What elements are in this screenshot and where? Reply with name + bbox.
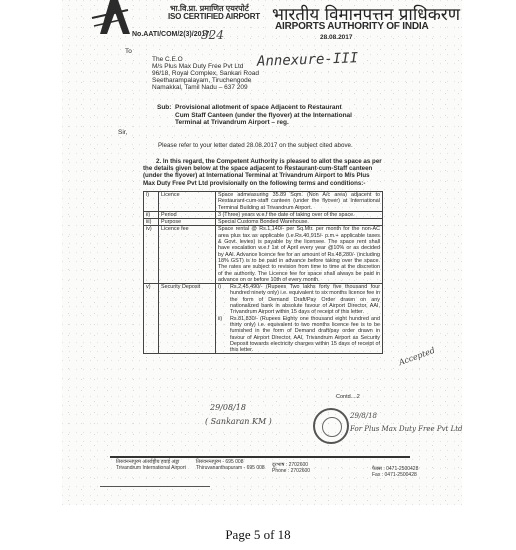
table-row: iv) Licence fee Space rental @ Rs.1,140/… [144,226,383,284]
footer-fax-english: Fax : 0471-2500428 [372,472,418,478]
recipient-address: The C.E.O M/s Plus Max Duty Free Pvt Ltd… [152,56,259,91]
paragraph-2: 2. In this regard, the Competent Authori… [143,158,383,187]
handwritten-date: 29/8/18 [350,412,377,420]
deposit-number: i) [218,284,226,315]
org-title: AIRPORTS AUTHORITY OF INDIA [275,21,429,32]
deposit-text: Rs.81,830/- (Rupees Eighty one thousand … [230,316,380,354]
term-number: iii) [144,219,159,226]
term-value: Space admeasuring 35.89 Sqm. (Non A/c ar… [216,192,383,212]
term-number: i) [144,192,159,212]
term-name: Licence [159,192,216,212]
footer-underline [100,486,210,487]
handwritten-company: For Plus Max Duty Free Pvt Ltd [350,425,463,433]
continued-label: Contd....2 [336,394,360,400]
address-line: M/s Plus Max Duty Free Pvt Ltd [152,63,259,70]
deposit-item: ii) Rs.81,830/- (Rupees Eighty one thous… [218,316,380,354]
company-seal-icon [313,408,349,444]
footer-city-english: Thiruvananthapuram - 695 008 [196,465,265,471]
term-name: Licence fee [159,226,216,284]
deposit-number: ii) [218,316,226,354]
term-number: v) [144,284,159,354]
subject-text: Provisional allotment of space Adjacent … [175,104,355,127]
iso-certified-label: ISO CERTIFIED AIRPORT [168,12,260,21]
signature-initials: 29/08/18 [210,403,246,412]
table-row: iii) Purpose Special Customs Bonded Ware… [144,219,383,226]
term-value: i) Rs.2,45,490/- (Rupees Two lakhs forty… [216,284,383,354]
term-number: iv) [144,226,159,284]
reference-handwritten: 324 [201,28,224,42]
term-value: Space rental @ Rs.1,140/- per Sq.Mtr. pe… [216,226,383,284]
deposit-text: Rs.2,45,490/- (Rupees Two lakhs forty fi… [230,284,380,315]
footer-divider [110,456,410,458]
footer-city: तिरुवनन्तपुरम - 695 008 Thiruvananthapur… [196,459,265,471]
footer-fax: फैक्स : 0471-2500428 Fax : 0471-2500428 [372,466,418,478]
term-value: Special Customs Bonded Warehouse. [216,219,383,226]
reference-number: No.AATI/COM/2(3)/2017/ [132,31,211,38]
footer-phone-english: Phone : 2702600 [272,468,310,474]
footer-airport-english: Trivandrum International Airport [116,465,186,471]
address-line: 96/18, Royal Complex, Sankari Road [152,70,259,77]
term-number: ii) [144,211,159,218]
salutation: Sir, [118,129,127,136]
aai-logo-icon [90,0,132,34]
table-row: ii) Period 3 (Three) years w.e.f the dat… [144,211,383,218]
subject-label: Sub: [157,104,171,111]
address-line: The C.E.O [152,56,259,63]
page-number: Page 5 of 18 [0,527,516,543]
terms-table: i) Licence Space admeasuring 35.89 Sqm. … [143,191,383,354]
table-row: i) Licence Space admeasuring 35.89 Sqm. … [144,192,383,212]
term-name: Security Deposit [159,284,216,354]
term-name: Purpose [159,219,216,226]
term-name: Period [159,211,216,218]
address-line: Seetharampalayam, Tiruchengode [152,77,259,84]
deposit-item: i) Rs.2,45,490/- (Rupees Two lakhs forty… [218,284,380,315]
to-label: To [125,48,132,55]
footer-phone: दूरभाष : 2702600 Phone : 2702600 [272,462,310,474]
table-row: v) Security Deposit i) Rs.2,45,490/- (Ru… [144,284,383,354]
paragraph-1: Please refer to your letter dated 28.08.… [158,142,353,149]
term-value: 3 (Three) years w.e.f the date of taking… [216,211,383,218]
footer-airport: तिरुवनन्तपुरम अंतर्राष्ट्रीय हवाई अड्डा … [116,459,186,471]
address-line: Namakkal, Tamil Nadu – 637 209 [152,84,259,91]
signatory-name: ( Sankaran KM ) [205,417,272,426]
letter-date: 28.08.2017 [320,34,353,41]
